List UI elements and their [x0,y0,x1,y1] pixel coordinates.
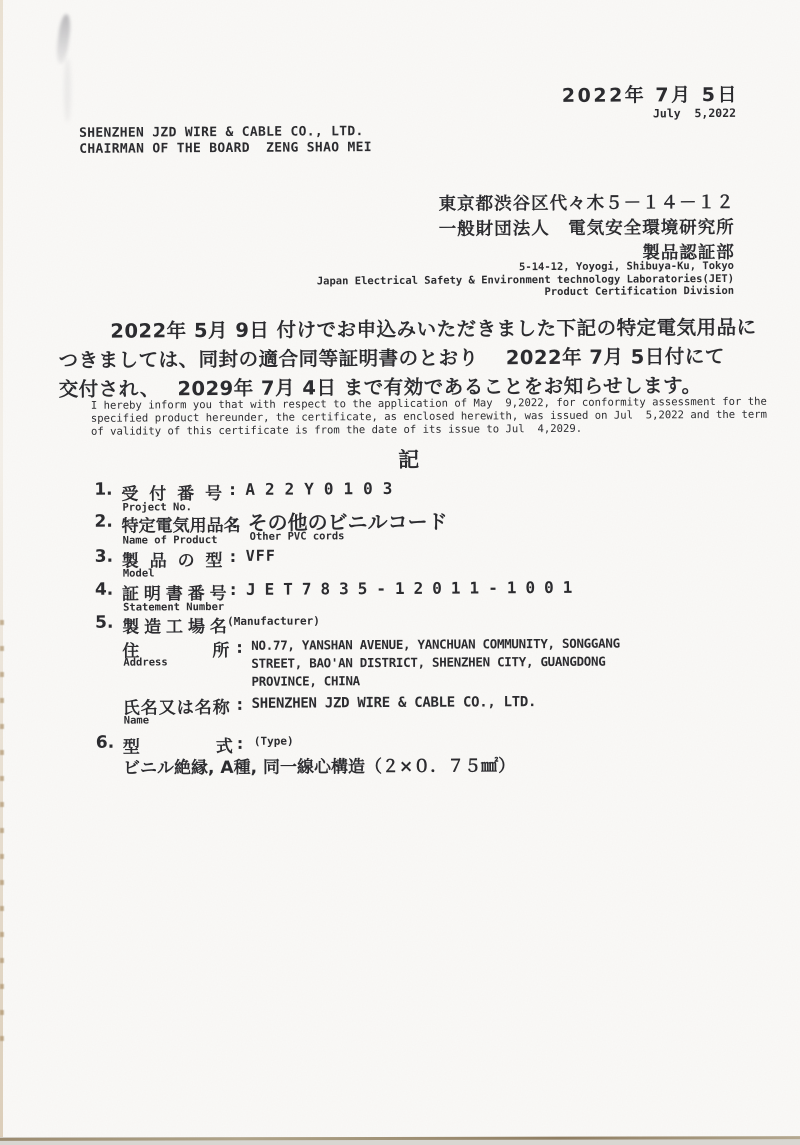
item-5-note-en: (Manufacturer) [227,614,320,628]
issuer-address-japanese: 東京都渋谷区代々木５－１４－１２ [439,189,735,216]
item-2-number: 2. [94,512,112,532]
manufacturer-address-line-1: NO.77, YANSHAN AVENUE, YANCHUAN COMMUNIT… [251,636,620,653]
item-2-colon: : [231,513,238,532]
notice-paragraph-en-line-3: of validity of this certificate is from … [91,423,582,438]
manufacturer-address-row: 住 所 : NO.77, YANSHAN AVENUE, YANCHUAN CO… [95,633,755,697]
item-6-colon: : [237,734,244,753]
item-3-number: 3. [95,547,113,567]
issuer-organization-japanese: 一般財団法人 電気安全環境研究所 [439,214,735,241]
manufacturer-name-row: 氏名又は名称 : SHENZHEN JZD WIRE & CABLE CO., … [96,690,756,734]
item-4-number: 4. [95,580,113,600]
item-4-colon: : [230,580,237,599]
item-5-number: 5. [95,613,113,633]
project-no-value: A22Y0103 [245,479,402,499]
issue-date-japanese: 2022年 7月 5日 [562,80,739,108]
paper-left-edge-wear [0,620,4,1050]
ki-heading: 記 [59,442,759,476]
manufacturer-name-value: SHENZHEN JZD WIRE & CABLE CO., LTD. [252,694,537,712]
item-2-label-jp: 特定電気用品名 [121,511,240,537]
name-label-en: Name [124,714,149,726]
address-label-jp-right: 所 [212,636,229,661]
letter-content: 2022年 7月 5日 July 5,2022 SHENZHEN JZD WIR… [0,0,800,1139]
type-value-jp: ビニル絶縁, A種, 同一線心構造（２×０．７５㎟） [123,751,515,778]
scanner-smudge-mark-faint [64,58,71,122]
issuer-division-english: Product Certification Division [544,285,734,298]
address-colon: : [236,638,243,657]
product-name-value-en: Other PVC cords [250,530,345,543]
item-2-label-en: Name of Product [123,534,218,547]
manufacturer-address-line-2: STREET, BAO'AN DISTRICT, SHENZHEN CITY, … [251,654,605,671]
item-5-label-jp: 製 造 工 場 名 [122,612,227,638]
name-colon: : [237,695,244,714]
item-1-number: 1. [94,480,112,500]
recipient-person: CHAIRMAN OF THE BOARD ZENG SHAO MEI [79,140,372,157]
item-3-label-en: Model [123,567,155,579]
notice-paragraph-jp-line-1: 2022年 5月 9日 付けでお申込みいただきました下記の特定電気用品に [110,312,756,344]
statement-number-value: JET7835-12011-1001 [246,578,582,599]
model-value: VFF [246,547,276,565]
issue-date-english: July 5,2022 [653,106,736,121]
item-6-note-en: (Type) [254,735,294,748]
address-label-en: Address [123,656,167,668]
item-3-colon: : [230,547,237,566]
manufacturer-address-line-3: PROVINCE, CHINA [251,673,359,689]
item-1-colon: : [229,480,236,499]
notice-paragraph-jp-line-2: つきましては、同封の適合同等証明書のとおり 2022年 7月 5日付にて [58,341,724,373]
recipient-company: SHENZHEN JZD WIRE & CABLE CO., LTD. [79,124,364,141]
issuer-address-english: 5-14-12, Yoyogi, Shibuya-Ku, Tokyo [519,260,734,273]
scanned-certificate-letter: 2022年 7月 5日 July 5,2022 SHENZHEN JZD WIR… [0,0,800,1145]
item-6-number: 6. [96,733,114,753]
